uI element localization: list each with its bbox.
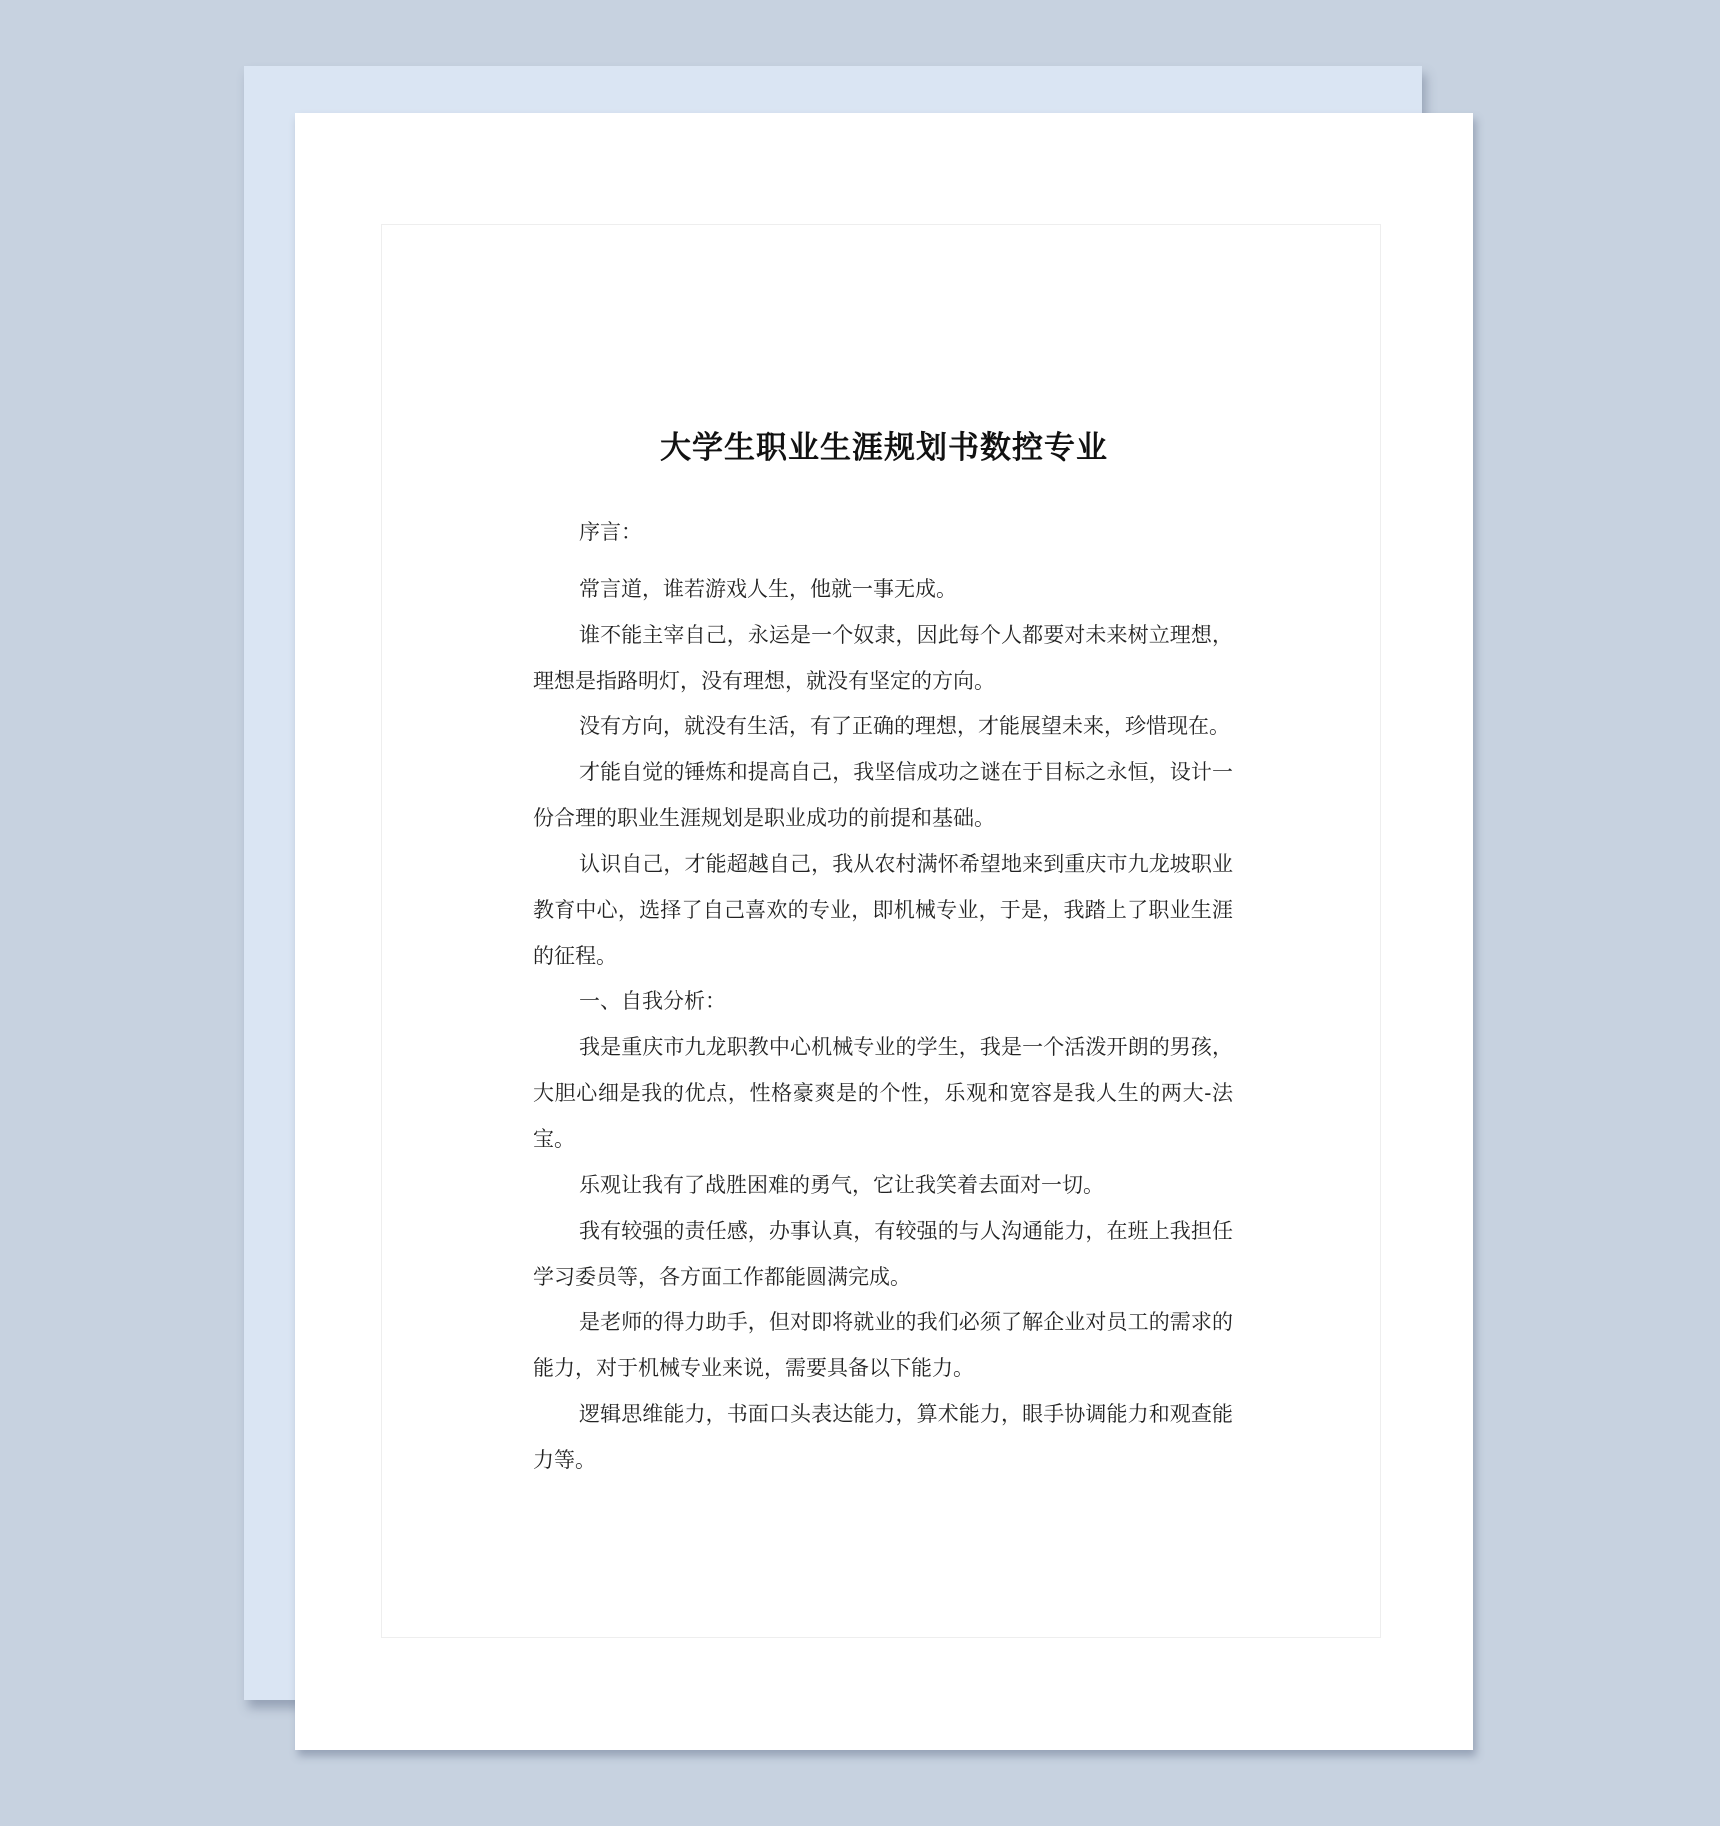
paragraph: 我是重庆市九龙职教中心机械专业的学生，我是一个活泼开朗的男孩，大胆心细是我的优点… xyxy=(533,1025,1233,1163)
paragraph: 没有方向，就没有生活，有了正确的理想，才能展望未来，珍惜现在。 xyxy=(533,704,1233,750)
preface-heading: 序言： xyxy=(533,510,1233,556)
document-page: 大学生职业生涯规划书数控专业 序言： 常言道，谁若游戏人生，他就一事无成。 谁不… xyxy=(295,113,1473,1750)
paragraph: 我有较强的责任感，办事认真，有较强的与人沟通能力，在班上我担任学习委员等，各方面… xyxy=(533,1209,1233,1301)
paragraph: 谁不能主宰自己，永运是一个奴隶，因此每个人都要对未来树立理想，理想是指路明灯，没… xyxy=(533,613,1233,705)
paragraph: 是老师的得力助手，但对即将就业的我们必须了解企业对员工的需求的能力，对于机械专业… xyxy=(533,1300,1233,1392)
paragraph: 乐观让我有了战胜困难的勇气，它让我笑着去面对一切。 xyxy=(533,1163,1233,1209)
section-heading-self-analysis: 一、自我分析： xyxy=(533,979,1233,1025)
document-title: 大学生职业生涯规划书数控专业 xyxy=(295,426,1473,470)
paragraph: 才能自觉的锤炼和提高自己，我坚信成功之谜在于目标之永恒，设计一份合理的职业生涯规… xyxy=(533,750,1233,842)
document-body: 序言： 常言道，谁若游戏人生，他就一事无成。 谁不能主宰自己，永运是一个奴隶，因… xyxy=(533,510,1233,1484)
paragraph: 常言道，谁若游戏人生，他就一事无成。 xyxy=(533,567,1233,613)
paragraph: 逻辑思维能力，书面口头表达能力，算术能力，眼手协调能力和观查能力等。 xyxy=(533,1392,1233,1484)
paragraph: 认识自己，才能超越自己，我从农村满怀希望地来到重庆市九龙坡职业教育中心，选择了自… xyxy=(533,842,1233,980)
